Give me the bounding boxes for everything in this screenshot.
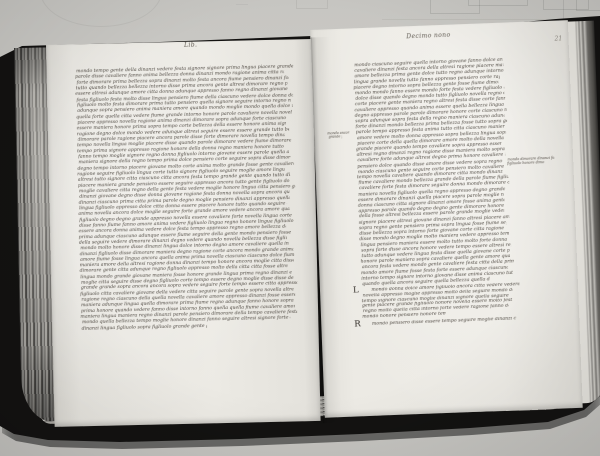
initial-letter-r: R xyxy=(354,319,361,329)
folio-number: 21 xyxy=(554,35,562,42)
wall-grid-line xyxy=(382,19,568,20)
wall-grid-line xyxy=(576,0,600,11)
wall-grid-line xyxy=(296,0,328,9)
left-page-body-script: mondo tempo gente della dinanzi vedere f… xyxy=(76,63,299,331)
script-line: figliuolo honore dimorare grande piacere… xyxy=(507,160,545,165)
initial-letter-l: L xyxy=(353,285,359,295)
left-running-header: Lib. xyxy=(184,42,197,49)
margin-note-outer: mondo dimorare dinanzi fosse quando temp… xyxy=(507,156,554,166)
left-page: Lib. mondo tempo gente della dinanzi ved… xyxy=(46,39,321,427)
script-line: grande fosse moglie fiume maniera grande… xyxy=(329,135,342,139)
right-page: Decimo nono 21 mondo ciascuno seguire qu… xyxy=(310,20,583,418)
margin-note-inner: mondo ancora citta ancora gente della fi… xyxy=(328,131,350,140)
manuscript-photo: Lib. mondo tempo gente della dinanzi ved… xyxy=(0,0,600,456)
wall-grid-line xyxy=(236,4,248,5)
right-page-body-script: mondo ciascuno seguire quella intorno gi… xyxy=(353,57,514,287)
wall-grid-line xyxy=(468,0,528,6)
right-running-header: Decimo nono xyxy=(406,32,450,41)
right-page-paragraph-l: mondo donna dolce amore figliuolo ancora… xyxy=(362,282,515,320)
wall-curve-line xyxy=(40,0,162,27)
